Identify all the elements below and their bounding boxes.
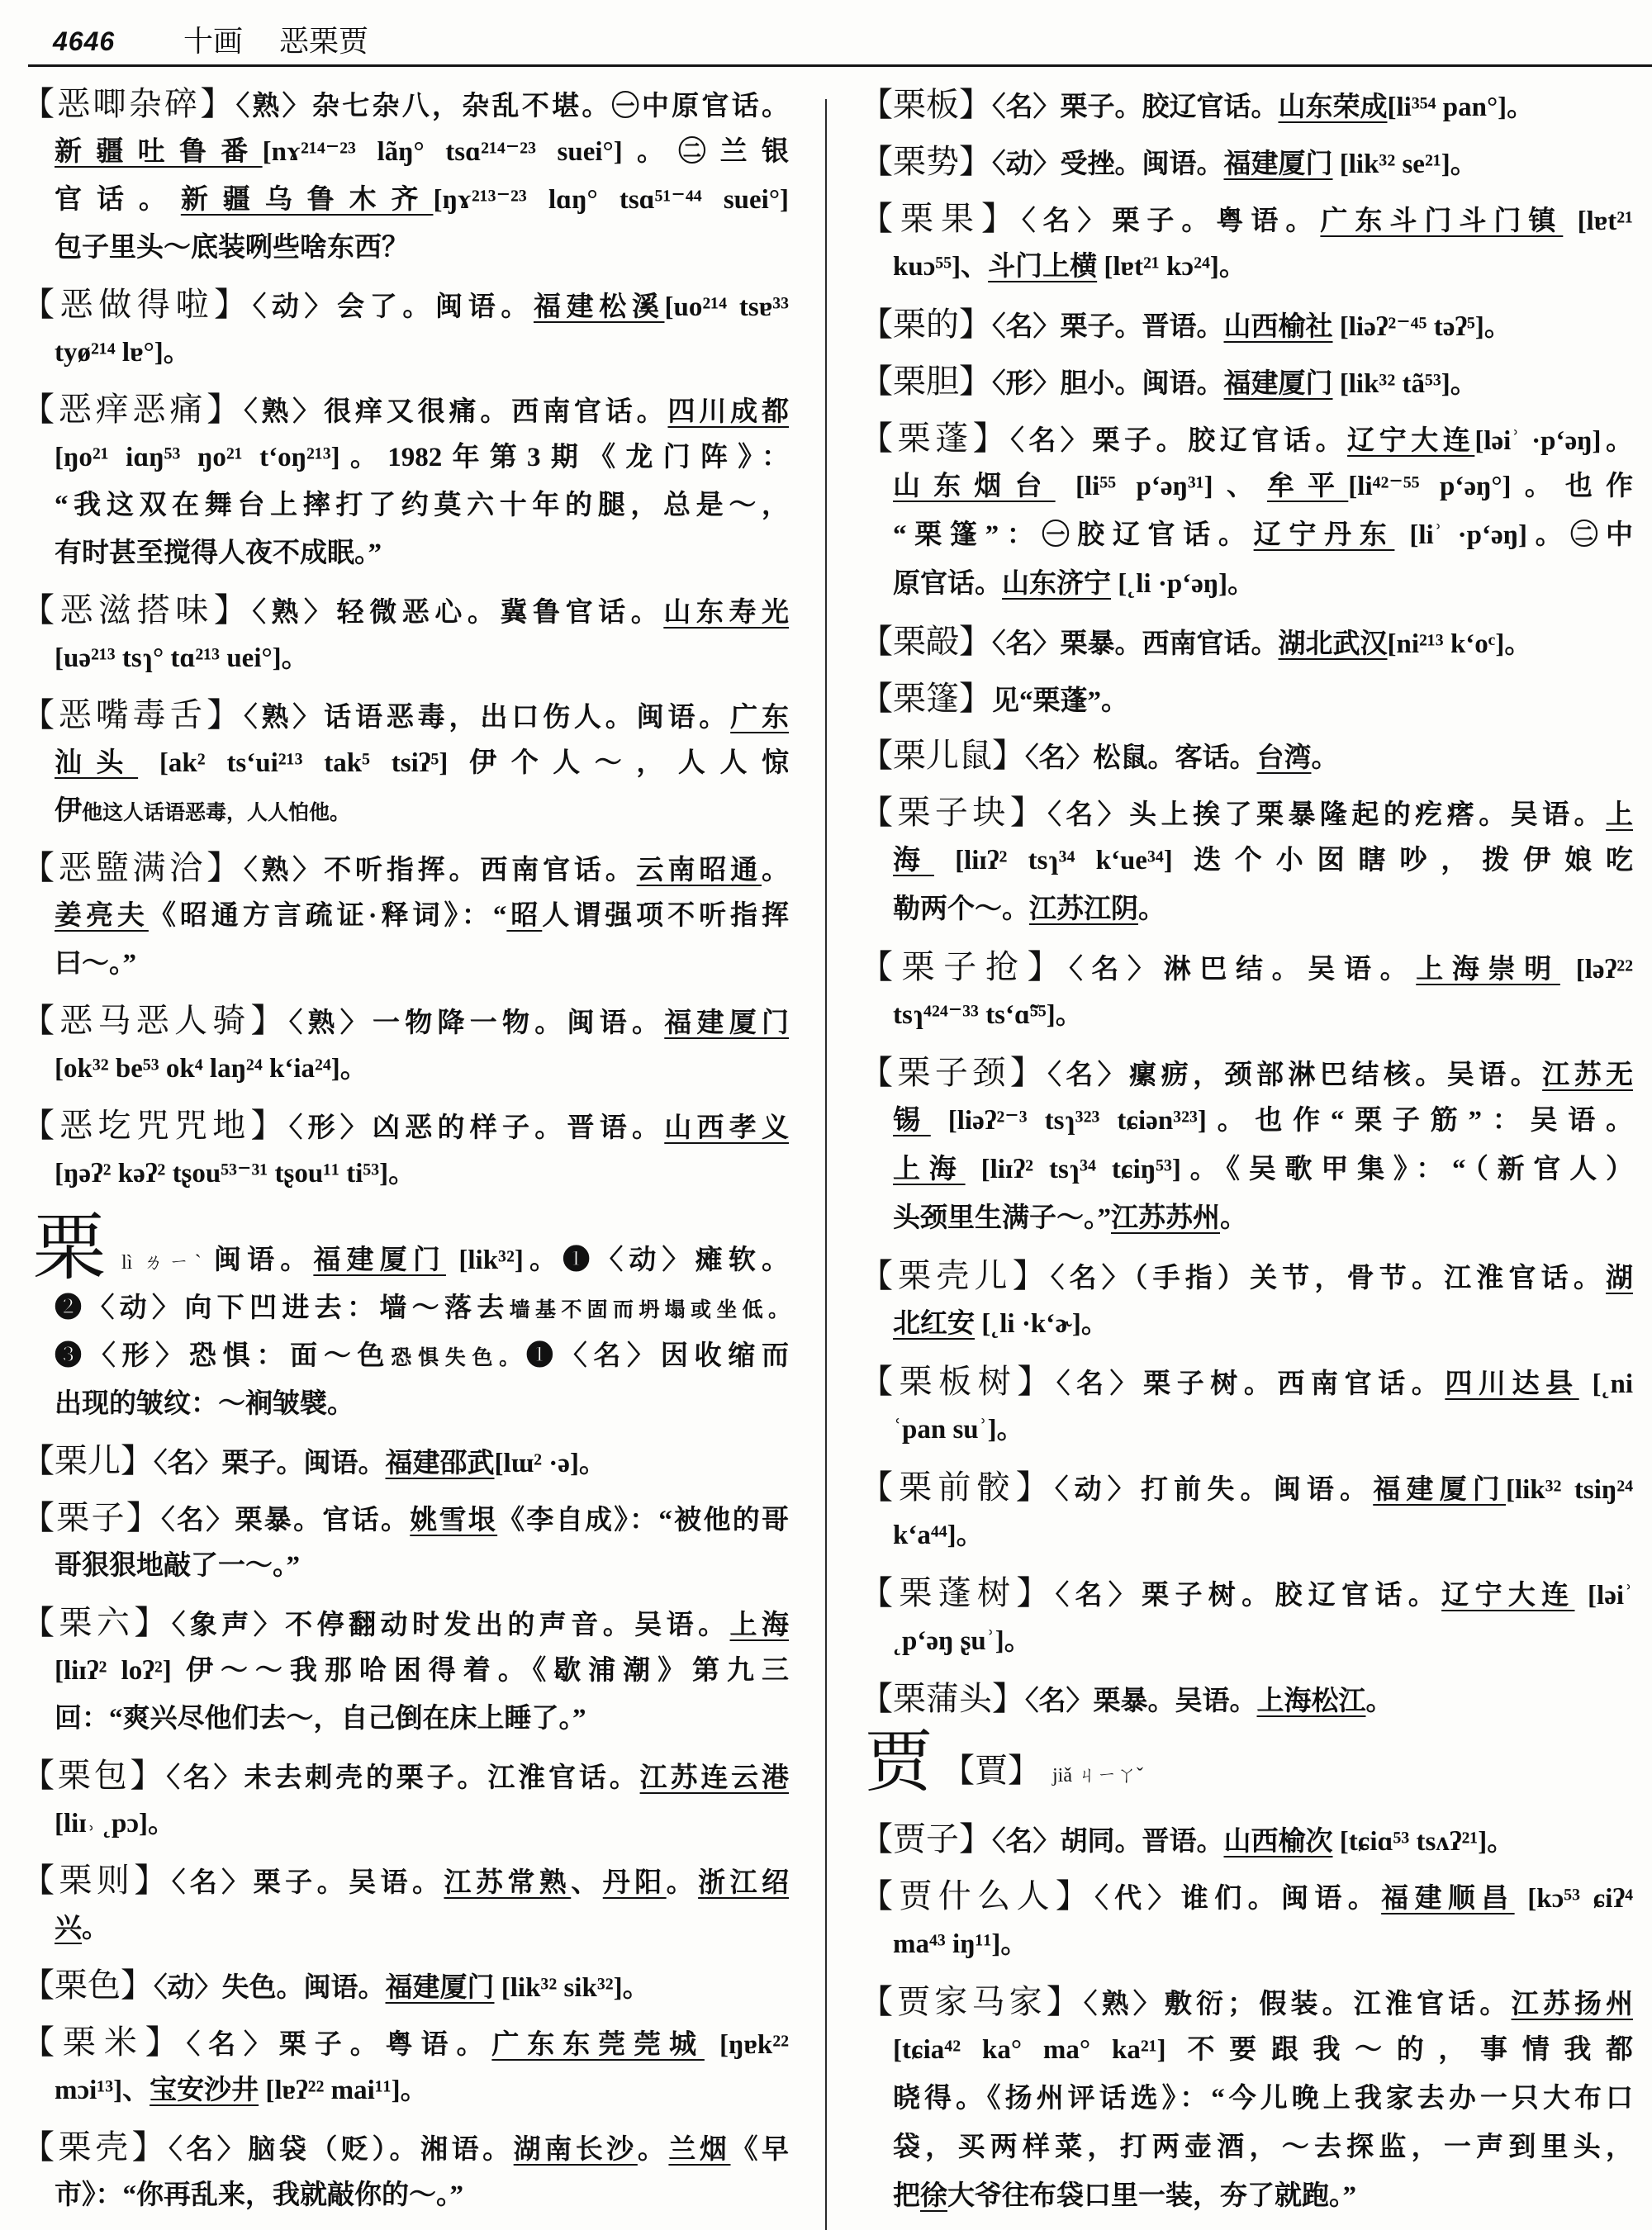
dictionary-entry: 【栗子颈】〈名〉瘰疬，颈部淋巴结核。吴语。江苏无锡 [liəʔ²⁻³ tsɿ³²… [863,1048,1633,1243]
place-name: 姚雪垠 [410,1506,497,1535]
entry-text: 〈名〉未去刺壳的栗子。江淮官话。 [166,1763,639,1793]
headword: 【栗板树】 [860,1363,1056,1400]
place-name: 湖 [1606,1264,1633,1293]
headword: 【栗势】 [860,143,992,180]
dictionary-entry: 【栗篷】见“栗蓬”。 [863,674,1633,723]
gloss-note: 墙基不固而坍塌或坐低。 [510,1299,789,1321]
entry-text: 原官话。 [893,569,1002,599]
head-character-entry: 贾【賈】jiǎ ㄐㄧㄚˇ [863,1731,1633,1806]
entry-line: 回：“爽兴尽他们去～，自己倒在床上睡了。” [25,1695,789,1743]
place-name: 湖南长沙 [514,2135,638,2165]
place-name: 汕头 [55,748,138,778]
entry-text: 哥狠狠地敲了一～。” [55,1551,300,1581]
headword: 【栗六】 [21,1604,172,1641]
entry-line: 市》：“你再乱来，我就敲你的～。” [25,2171,789,2219]
entry-text: [uo²¹⁴ tsɐ³³ [664,292,789,322]
dictionary-entry: 【贾家马家】〈熟〉敷衍；假装。江淮官话。江苏扬州[tɕia⁴² ka° ma° … [863,1977,1633,2221]
dictionary-entry: 【栗果】〈名〉栗子。粤语。广东斗门斗门镇 [lɐt²¹kuɔ⁵⁵]、斗门上横 [… [863,194,1633,292]
entry-line: 【栗势】〈动〉受挫。闽语。福建厦门 [lik³² se²¹]。 [863,137,1633,186]
entry-line: 新疆吐鲁番[nɤ²¹⁴⁻²³ lãŋ° tsɑ²¹⁴⁻²³ suei°]。㊁兰银 [25,128,789,176]
entry-text: [li⁵⁵ pʻəŋ³¹]、 [1056,472,1267,501]
entry-text: 〈名〉松鼠。客话。 [1025,743,1257,773]
entry-text: [tɕiɑ⁵³ tsʌʔ²¹]。 [1333,1827,1515,1857]
entry-text: 〈动〉打前失。闽语。 [1055,1475,1373,1505]
entry-text: 〈名〉栗暴。西南官话。 [992,629,1279,659]
entry-text: [lik³²]。❶〈动〉瘫软。 [446,1245,789,1275]
entry-line: [liɪ˒ ˛pɔ]。 [25,1800,789,1848]
entry-line: 【栗儿】〈名〉栗子。闽语。福建邵武[lɯ² ·ə]。 [25,1437,789,1485]
headword: 【栗篷】 [860,680,992,717]
headword: 【贾家马家】 [860,1983,1084,2020]
place-name: 江苏苏州 [1111,1203,1220,1233]
place-name: 斗门上横 [988,252,1097,282]
entry-text: 〈动〉受挫。闽语。 [992,149,1224,179]
entry-line: 贾【賈】jiǎ ㄐㄧㄚˇ [863,1746,1633,1795]
entry-line: 【栗儿鼠】〈名〉松鼠。客话。台湾。 [863,731,1633,780]
entry-text: 。 [82,1914,109,1943]
dictionary-entry: 【恶唧杂碎】〈熟〉杂七杂八，杂乱不堪。㊀中原官话。新疆吐鲁番[nɤ²¹⁴⁻²³ … [25,80,789,272]
entry-line: ❷〈动〉向下凹进去：墙～落去墙基不固而坍塌或坐低。 [25,1284,789,1332]
entry-line: 哥狠狠地敲了一～。” [25,1542,789,1590]
entry-text: 〈名〉栗子树。胶辽官话。 [1056,1581,1441,1611]
entry-line: 袋，买两样菜，打两壶酒，～去探监，一声到里头， [863,2123,1633,2172]
entry-text: 把 [893,2181,920,2211]
entry-line: 【栗前骹】〈动〉打前失。闽语。福建厦门[lik³² tsiŋ²⁴ [863,1463,1633,1511]
entry-text: [˛li ·kʻɚ]。 [975,1309,1108,1339]
entry-text: [lɐt²¹ kɔ²⁴]。 [1097,252,1246,282]
dictionary-entry: 【栗六】〈象声〉不停翻动时发出的声音。吴语。上海[liɪʔ² loʔ²] 伊～～… [25,1599,789,1743]
entry-text: 〈形〉凶恶的样子。晋语。 [289,1113,665,1143]
entry-text: [ni²¹³ kʻoᶜ]。 [1388,629,1532,659]
entry-line: 【栗子块】〈名〉头上挨了栗暴隆起的疙瘩。吴语。上 [863,788,1633,837]
entry-text: 〈形〉胆小。闽语。 [992,369,1224,399]
entry-text: mɔi¹³]、 [55,2076,150,2105]
entry-line: 【栗子抢】〈名〉淋巴结。吴语。上海崇明 [ləʔ²² [863,942,1633,991]
place-name: 辽宁大连 [1347,426,1474,456]
dictionary-entry: 【贾子】〈名〉胡同。晋语。山西榆次 [tɕiɑ⁵³ tsʌʔ²¹]。 [863,1815,1633,1863]
headword: 【栗子颈】 [860,1054,1047,1091]
place-name: 福建厦门 [664,1008,789,1038]
entry-text: 《李自成》：“被他的哥 [497,1506,789,1535]
entry-line: 【恶圪咒咒地】〈形〉凶恶的样子。晋语。山西孝义 [25,1102,789,1150]
place-name: 辽宁丹东 [1254,520,1395,550]
entry-text: 、 [571,1868,602,1898]
entry-line: 【栗六】〈象声〉不停翻动时发出的声音。吴语。上海 [25,1599,789,1647]
place-name: 福建厦门 [1373,1475,1506,1505]
entry-text: 《早 [730,2135,789,2165]
entry-text: [ok³² be⁵³ ok⁴ laŋ²⁴ kʻia²⁴]。 [55,1054,368,1084]
entry-line: tyø²¹⁴ lɐ°]。 [25,329,789,377]
entry-line: ma⁴³ iŋ¹¹]。 [863,1920,1633,1969]
headword: 【栗蓬树】 [860,1574,1056,1611]
entry-line: tsɿ⁴²⁴⁻³³ tsʻɑ̃⁵⁵]。 [863,991,1633,1040]
entry-text: 人谓强项不听指挥 [542,901,789,931]
entry-text: 〈名〉栗子。闽语。 [154,1449,386,1478]
entry-text: 勒两个～。 [893,894,1029,924]
entry-text: 闽语。 [214,1245,313,1275]
entry-text: [ŋɐk²² [705,2030,789,2060]
place-name: 广东斗门斗门镇 [1320,206,1563,236]
right-column: 【栗板】〈名〉栗子。胶辽官话。山东荣成[li³⁵⁴ pan°]。【栗势】〈动〉受… [863,80,1633,2221]
dictionary-entry: 【栗胆】〈形〉胆小。闽语。福建厦门 [lik³² tã⁵³]。 [863,357,1633,406]
dictionary-entry: 【栗的】〈名〉栗子。晋语。山西榆社 [liəʔ²⁻⁴⁵ təʔ⁵]。 [863,300,1633,349]
pronunciation: lì ㄌㄧˋ [121,1252,207,1274]
place-name: 福建厦门 [386,1973,495,2003]
entry-text: kuɔ⁵⁵]、 [893,252,988,282]
dictionary-entry: 【栗蒲头】〈名〉栗暴。吴语。上海松江。 [863,1674,1633,1723]
place-name: 四川达县 [1445,1369,1578,1399]
place-name: 新疆乌鲁木齐 [181,185,434,215]
dictionary-entry: 【栗板】〈名〉栗子。胶辽官话。山东荣成[li³⁵⁴ pan°]。 [863,80,1633,129]
entry-text: [ŋo²¹ iɑŋ⁵³ ŋo²¹ tʻoŋ²¹³]。1982年第3期《龙门阵》： [55,443,789,472]
entry-text: kʻa⁴⁴]。 [893,1521,984,1550]
entry-text: [ŋəʔ² kəʔ² tʂou⁵³⁻³¹ tʂou¹¹ ti⁵³]。 [55,1159,415,1189]
entry-text: 〈名〉瘰疬，颈部淋巴结核。吴语。 [1047,1060,1542,1090]
place-name: 江苏常熟 [444,1868,571,1898]
entry-text: tyø²¹⁴ lɐ°]。 [55,338,191,368]
place-name: 上海崇明 [1416,955,1560,985]
place-name: 新疆吐鲁番 [55,137,263,167]
entry-line: 【恶盬满洽】〈熟〉不听指挥。西南官话。云南昭通。 [25,844,789,892]
entry-text: “我这双在舞台上摔打了约莫六十年的腿，总是～， [55,491,789,520]
headword: 【栗果】 [860,200,1022,237]
headword: 【栗板】 [860,86,992,123]
entry-line: “我这双在舞台上摔打了约莫六十年的腿，总是～， [25,482,789,529]
headword: 【栗胆】 [860,363,992,400]
entry-text: [lik³² tã⁵³]。 [1333,369,1478,399]
entry-text: [ak² tsʻui²¹³ tak⁵ tsiʔ⁵] 伊个人～，人人惊 [138,748,789,778]
entry-text: ma⁴³ iŋ¹¹]。 [893,1929,1028,1959]
entry-line: 【栗则】〈名〉栗子。吴语。江苏常熟、丹阳。浙江绍 [25,1857,789,1905]
entry-text: 包子里头～底装咧些啥东西？ [55,233,409,263]
entry-text: [kɔ⁵³ ɕiʔ⁴ [1515,1884,1633,1914]
entry-line: mɔi¹³]、宝安沙井 [lɐʔ²² mai¹¹]。 [25,2066,789,2114]
entry-text: 市》：“你再乱来，我就敲你的～。” [55,2180,463,2210]
entry-line: 【栗胆】〈形〉胆小。闽语。福建厦门 [lik³² tã⁵³]。 [863,357,1633,406]
dictionary-entry: 【栗则】〈名〉栗子。吴语。江苏常熟、丹阳。浙江绍兴。 [25,1857,789,1952]
entry-text: 头颈里生满子～。” [893,1203,1111,1233]
place-name: 北红安 [893,1309,975,1339]
dictionary-entry: 【贾什么人】〈代〉谁们。闽语。福建顺昌 [kɔ⁵³ ɕiʔ⁴ma⁴³ iŋ¹¹]… [863,1872,1633,1969]
entry-text: [ləʔ²² [1560,955,1633,985]
entry-text: 。 [1312,743,1339,773]
place-name: 福建顺昌 [1381,1884,1515,1914]
entry-line: 【栗米】〈名〉栗子。粤语。广东东莞莞城 [ŋɐk²² [25,2019,789,2066]
entry-line: 伊他这人话语恶毒，人人怕他。 [25,787,789,835]
headword: 【栗壳儿】 [860,1257,1051,1294]
entry-text: [˛ni [1579,1369,1633,1399]
entry-text: 〈名〉淋巴结。吴语。 [1069,955,1416,985]
entry-text: 。 [1366,1687,1393,1716]
entry-text: 〈熟〉话语恶毒，出口伤人。闽语。 [244,703,730,733]
entry-text: 出现的皱纹：～裥皱襞。 [55,1389,354,1419]
entry-line: 【栗板】〈名〉栗子。胶辽官话。山东荣成[li³⁵⁴ pan°]。 [863,80,1633,129]
entry-text: 有时甚至搅得人夜不成眠。” [55,539,382,568]
entry-line: [tɕia⁴² ka° ma° ka²¹] 不要跟我～的，事情我都 [863,2026,1633,2075]
dictionary-entry: 【栗包】〈名〉未去刺壳的栗子。江淮官话。江苏连云港[liɪ˒ ˛pɔ]。 [25,1752,789,1848]
entry-text: [liɪʔ² loʔ²] 伊～～我那哈困得着。《歇浦潮》第九三 [55,1656,789,1686]
entry-line: 曰～。” [25,940,789,988]
headword: 【栗蓬】 [860,420,1010,457]
entry-line: 【栗蓬树】〈名〉栗子树。胶辽官话。辽宁大连 [ləiʾ [863,1568,1633,1617]
entry-line: 【栗篷】见“栗蓬”。 [863,674,1633,723]
entry-text: [lɐt²¹ [1563,206,1633,236]
entry-line: [uə²¹³ tsɿ° tɑ²¹³ uei°]。 [25,634,789,682]
entry-line: 【栗板树】〈名〉栗子树。西南官话。四川达县 [˛ni [863,1357,1633,1406]
entry-text: [liəʔ²⁻⁴⁵ təʔ⁵]。 [1333,312,1512,342]
entry-text: [tɕia⁴² ka° ma° ka²¹] 不要跟我～的，事情我都 [893,2035,1633,2065]
dictionary-entry: 【栗前骹】〈动〉打前失。闽语。福建厦门[lik³² tsiŋ²⁴kʻa⁴⁴]。 [863,1463,1633,1560]
headword: 【栗儿】 [21,1442,154,1479]
entry-text: tsɿ⁴²⁴⁻³³ tsʻɑ̃⁵⁵]。 [893,1000,1083,1030]
entry-line: 【栗果】〈名〉栗子。粤语。广东斗门斗门镇 [lɐt²¹ [863,194,1633,243]
entry-line: 【栗子】〈名〉栗暴。官话。姚雪垠《李自成》：“被他的哥 [25,1494,789,1542]
entry-line: 【栗毃】〈名〉栗暴。西南官话。湖北武汉[ni²¹³ kʻoᶜ]。 [863,617,1633,666]
place-name: 广东东莞莞城 [491,2030,704,2060]
place-name: 昭 [506,901,542,931]
dictionary-entry: 【栗子抢】〈名〉淋巴结。吴语。上海崇明 [ləʔ²²tsɿ⁴²⁴⁻³³ tsʻɑ… [863,942,1633,1040]
entry-line: 【恶痒恶痛】〈熟〉很痒又很痛。西南官话。四川成都 [25,386,789,434]
headword: 【恶唧杂碎】 [21,85,236,122]
dictionary-entry: 【栗儿】〈名〉栗子。闽语。福建邵武[lɯ² ·ə]。 [25,1437,789,1485]
gloss-note: 他这人话语恶毒，人人怕他。 [82,802,350,824]
dictionary-entry: 【恶嘴毒舌】〈熟〉话语恶毒，出口伤人。闽语。广东汕头 [ak² tsʻui²¹³… [25,691,789,835]
entry-text: 〈名〉栗子。胶辽官话。 [1010,426,1347,456]
entry-text: [uə²¹³ tsɿ° tɑ²¹³ uei°]。 [55,643,309,673]
place-name: 四川成都 [667,397,789,427]
dictionary-entry: 【恶滋搭味】〈熟〉轻微恶心。冀鲁官话。山东寿光[uə²¹³ tsɿ° tɑ²¹³… [25,586,789,682]
entry-text: 〈名〉栗暴。官话。 [161,1506,410,1535]
place-name: 山东济宁 [1002,569,1111,599]
headword: 【栗则】 [21,1862,172,1899]
entry-text: 〈熟〉杂七杂八，杂乱不堪。㊀中原官话。 [236,92,789,121]
place-name: 辽宁大连 [1441,1581,1574,1611]
dictionary-entry: 【栗子块】〈名〉头上挨了栗暴隆起的疙瘩。吴语。上海 [liɪʔ² tsɿ³⁴ k… [863,788,1633,934]
entry-line: 【栗壳】〈名〉脑袋（贬）。湘语。湖南长沙。兰烟《早 [25,2123,789,2171]
place-name: 江苏连云港 [640,1763,789,1793]
entry-line: 【栗蒲头】〈名〉栗暴。吴语。上海松江。 [863,1674,1633,1723]
head-character: 贾 [865,1729,933,1796]
entry-line: 【栗包】〈名〉未去刺壳的栗子。江淮官话。江苏连云港 [25,1752,789,1800]
entry-text: 〈象声〉不停翻动时发出的声音。吴语。 [172,1611,730,1640]
headword: 【恶痒恶痛】 [21,391,244,428]
entry-line: 山东烟台 [li⁵⁵ pʻəŋ³¹]、牟平[li⁴²⁻⁵⁵ pʻəŋ°]。也作 [863,463,1633,511]
entry-text: 〈名〉头上挨了栗暴隆起的疙瘩。吴语。 [1047,800,1606,830]
entry-text: 〈名〉栗子树。西南官话。 [1056,1369,1445,1399]
entry-line: [ok³² be⁵³ ok⁴ laŋ²⁴ kʻia²⁴]。 [25,1045,789,1093]
entry-text: 大爷往布袋口里一装，夯了就跑。” [947,2181,1356,2211]
dictionary-entry: 【栗子】〈名〉栗暴。官话。姚雪垠《李自成》：“被他的哥哥狠狠地敲了一～。” [25,1494,789,1590]
entry-text: [liɪʔ² tsɿ³⁴ tɕiŋ⁵³]。《吴歌甲集》：“（新官人） [966,1155,1633,1184]
entry-line: 【恶马恶人骑】〈熟〉一物降一物。闽语。福建厦门 [25,997,789,1045]
entry-text: [˛li ·pʻəŋ]。 [1111,569,1255,599]
headword: 【栗前骹】 [860,1468,1055,1506]
headword: 【栗包】 [21,1757,166,1794]
gloss-note: 恐惧失色。 [391,1347,526,1369]
pronunciation: jiǎ ㄐㄧㄚˇ [1052,1765,1143,1786]
headword: 【恶圪咒咒地】 [21,1107,289,1144]
entry-line: 【恶嘴毒舌】〈熟〉话语恶毒，出口伤人。闽语。广东 [25,691,789,739]
entry-line: “栗篷”：㊀胶辽官话。辽宁丹东 [liʾ ·pʻəŋ]。㊁中 [863,511,1633,560]
place-name: 浙江绍 [698,1868,789,1898]
entry-line: 【恶唧杂碎】〈熟〉杂七杂八，杂乱不堪。㊀中原官话。 [25,80,789,128]
entry-text: ❶〈名〉因收缩而 [526,1341,789,1371]
entry-text: ❷〈动〉向下凹进去：墙～落去 [55,1293,510,1323]
place-name: 江苏扬州 [1512,1990,1633,2019]
entry-text: 袋，买两样菜，打两壶酒，～去探监，一声到里头， [893,2133,1633,2162]
entry-text: [lik³² se²¹]。 [1333,149,1478,179]
entry-text: 〈动〉会了。闽语。 [253,292,534,322]
entry-text: 。 [762,856,789,885]
place-name: 江苏无 [1542,1060,1633,1090]
dictionary-entry: 【栗板树】〈名〉栗子树。西南官话。四川达县 [˛niʿpan suʾ]。 [863,1357,1633,1454]
entry-text: 〈名〉栗子。胶辽官话。 [992,93,1279,122]
entry-text: [liʾ ·pʻəŋ]。㊁中 [1394,520,1633,550]
entry-text: 〈代〉谁们。闽语。 [1094,1884,1381,1914]
dictionary-entry: 【恶痒恶痛】〈熟〉很痒又很痛。西南官话。四川成都[ŋo²¹ iɑŋ⁵³ ŋo²¹… [25,386,789,577]
entry-text: 〈熟〉不听指挥。西南官话。 [244,856,637,885]
entry-line: 把徐大爷往布袋口里一装，夯了就跑。” [863,2172,1633,2221]
headword: 【恶马恶人骑】 [21,1002,289,1039]
place-name: 福建邵武 [386,1449,495,1478]
headword: 【栗的】 [860,306,992,343]
headword: 【贾子】 [860,1820,992,1858]
entry-line: [liɪʔ² loʔ²] 伊～～我那哈困得着。《歇浦潮》第九三 [25,1647,789,1695]
entry-text: 〈名〉栗暴。吴语。 [1025,1687,1257,1716]
column-divider [825,99,827,2230]
entry-text: 晓得。《扬州评话选》：“今儿晚上我家去办一只大布口 [893,2084,1633,2114]
place-name: 兴 [55,1914,82,1943]
entry-line: 【恶滋搭味】〈熟〉轻微恶心。冀鲁官话。山东寿光 [25,586,789,634]
entry-line: 有时甚至搅得人夜不成眠。” [25,529,789,577]
head-character: 栗 [33,1213,106,1286]
entry-text: 。 [1138,894,1165,924]
place-name: 福建厦门 [313,1245,446,1275]
entry-text: 〈名〉栗子。吴语。 [172,1868,444,1898]
entry-text: [li⁴²⁻⁵⁵ pʻəŋ°]。也作 [1348,472,1633,501]
entry-line: [ŋo²¹ iɑŋ⁵³ ŋo²¹ tʻoŋ²¹³]。1982年第3期《龙门阵》： [25,434,789,482]
entry-text: 〈名〉栗子。晋语。 [992,312,1224,342]
entry-line: 兴。 [25,1905,789,1952]
entry-line: 原官话。山东济宁 [˛li ·pʻəŋ]。 [863,560,1633,609]
entry-text: 〈熟〉轻微恶心。冀鲁官话。 [252,598,663,628]
entry-text: 回：“爽兴尽他们去～，自己倒在床上睡了。” [55,1704,586,1734]
entry-text: ʿpan suʾ]。 [893,1415,1024,1445]
entry-text: 。 [667,1868,698,1898]
place-name: 上海松江 [1257,1687,1366,1716]
entry-text: [liəʔ²⁻³ tsɿ³²³ tɕiən³²³]。也作“栗子筋”：吴语。 [931,1106,1633,1136]
dictionary-entry: 【栗毃】〈名〉栗暴。西南官话。湖北武汉[ni²¹³ kʻoᶜ]。 [863,617,1633,666]
place-name: 山东烟台 [893,472,1056,501]
headword: 【栗蒲头】 [860,1680,1025,1717]
entry-text: 〈名〉栗子。粤语。 [187,2030,492,2060]
dictionary-entry: 【恶圪咒咒地】〈形〉凶恶的样子。晋语。山西孝义[ŋəʔ² kəʔ² tʂou⁵³… [25,1102,789,1198]
entry-line: 【栗壳儿】〈名〉（手指）关节，骨节。江淮官话。湖 [863,1251,1633,1300]
entry-line: 官话。新疆乌鲁木齐[ŋɤ²¹³⁻²³ lɑŋ° tsɑ⁵¹⁻⁴⁴ suei°] [25,176,789,224]
headword: 【栗色】 [21,1967,154,2004]
place-name: 山西榆次 [1224,1827,1333,1857]
place-name: 山东荣成 [1279,93,1388,122]
place-name: 台湾 [1257,743,1312,773]
entry-text: 《昭通方言疏证·释词》：“ [149,901,507,931]
entry-line: 晓得。《扬州评话选》：“今儿晚上我家去办一只大布口 [863,2075,1633,2123]
entry-line: 海 [liɪʔ² tsɿ³⁴ kʻue³⁴] 迭个小囡瞎吵，拨伊娘吃 [863,837,1633,885]
place-name: 福建厦门 [1224,369,1333,399]
left-column: 【恶唧杂碎】〈熟〉杂七杂八，杂乱不堪。㊀中原官话。新疆吐鲁番[nɤ²¹⁴⁻²³ … [25,80,789,2219]
place-name: 云南昭通 [637,856,762,885]
place-name: 上海 [730,1611,789,1640]
place-name: 山东寿光 [663,598,789,628]
headword: 【栗毃】 [860,623,992,660]
entry-text: [lik³² tsiŋ²⁴ [1506,1475,1633,1505]
entry-text: 伊 [55,796,82,826]
dictionary-entry: 【栗儿鼠】〈名〉松鼠。客话。台湾。 [863,731,1633,780]
headword: 【栗儿鼠】 [860,737,1025,774]
place-name: 山西孝义 [664,1113,789,1143]
entry-line: 【栗蓬】〈名〉栗子。胶辽官话。辽宁大连[ləiʾ ·pʻəŋ]。 [863,414,1633,463]
entry-text: ❸〈形〉恐惧：面～色 [55,1341,391,1371]
headword: 【栗米】 [21,2024,187,2061]
entry-text: 。 [1220,1203,1247,1233]
place-name: 湖北武汉 [1279,629,1388,659]
entry-line: [ŋəʔ² kəʔ² tʂou⁵³⁻³¹ tʂou¹¹ ti⁵³]。 [25,1150,789,1198]
place-name: 宝安沙井 [150,2076,259,2105]
headword: 【栗子块】 [860,794,1047,831]
entry-text: 〈名〉栗子。粤语。 [1022,206,1320,236]
entry-text: [lɯ² ·ə]。 [495,1449,606,1478]
entry-text: ˛pʻəŋ ʂuʾ]。 [893,1626,1032,1656]
entry-text: 〈动〉失色。闽语。 [154,1973,386,2003]
headword: 【恶嘴毒舌】 [21,696,244,733]
entry-text: 〈熟〉敷衍；假装。江淮官话。 [1084,1990,1512,2019]
entry-text: [liɪ˒ ˛pɔ]。 [55,1809,175,1839]
dictionary-entry: 【栗壳儿】〈名〉（手指）关节，骨节。江淮官话。湖北红安 [˛li ·kʻɚ]。 [863,1251,1633,1349]
entry-text: “栗篷”：㊀胶辽官话。 [893,520,1254,550]
head-character-entry: 栗lì ㄌㄧˋ闽语。福建厦门 [lik³²]。❶〈动〉瘫软。❷〈动〉向下凹进去：… [25,1207,789,1428]
entry-line: 【贾什么人】〈代〉谁们。闽语。福建顺昌 [kɔ⁵³ ɕiʔ⁴ [863,1872,1633,1920]
entry-line: 锡 [liəʔ²⁻³ tsɿ³²³ tɕiən³²³]。也作“栗子筋”：吴语。 [863,1097,1633,1146]
place-name: 上 [1606,800,1633,830]
place-name: 上海 [893,1155,966,1184]
page-characters: 恶栗贾 [279,23,368,59]
place-name: 山西榆社 [1224,312,1333,342]
entry-line: 【贾子】〈名〉胡同。晋语。山西榆次 [tɕiɑ⁵³ tsʌʔ²¹]。 [863,1815,1633,1863]
place-name: 丹阳 [603,1868,667,1898]
dictionary-entry: 【栗蓬】〈名〉栗子。胶辽官话。辽宁大连[ləiʾ ·pʻəŋ]。山东烟台 [li… [863,414,1633,609]
entry-text: 〈名〉脑袋（贬）。湘语。 [169,2135,514,2165]
entry-text: [nɤ²¹⁴⁻²³ lãŋ° tsɑ²¹⁴⁻²³ suei°]。㊁兰银 [263,137,789,167]
entry-text: [ŋɤ²¹³⁻²³ lɑŋ° tsɑ⁵¹⁻⁴⁴ suei°] [433,185,789,215]
headword: 【栗子抢】 [860,948,1069,985]
entry-text: [ləiʾ [1574,1581,1633,1611]
headword: 【栗子】 [21,1499,161,1536]
entry-line: kʻa⁴⁴]。 [863,1511,1633,1560]
entry-text: 〈熟〉一物降一物。闽语。 [289,1008,665,1038]
entry-text: 。 [638,2135,669,2165]
entry-line: 【栗色】〈动〉失色。闽语。福建厦门 [lik³² sik³²]。 [25,1962,789,2009]
entry-line: 勒两个～。江苏江阴。 [863,885,1633,934]
entry-line: ❸〈形〉恐惧：面～色恐惧失色。❶〈名〉因收缩而 [25,1332,789,1380]
place-name: 牟平 [1267,472,1348,501]
headword: 【恶滋搭味】 [21,591,252,629]
entry-text: 曰～。” [55,949,136,979]
entry-text: [lɐʔ²² mai¹¹]。 [259,2076,428,2105]
dictionary-entry: 【恶做得啦】〈动〉会了。闽语。福建松溪[uo²¹⁴ tsɐ³³tyø²¹⁴ lɐ… [25,281,789,377]
stroke-section-label: 十画 [183,23,243,59]
dictionary-entry: 【栗蓬树】〈名〉栗子树。胶辽官话。辽宁大连 [ləiʾ˛pʻəŋ ʂuʾ]。 [863,1568,1633,1666]
headword: 【恶做得啦】 [21,286,253,323]
dictionary-entry: 【栗色】〈动〉失色。闽语。福建厦门 [lik³² sik³²]。 [25,1962,789,2009]
